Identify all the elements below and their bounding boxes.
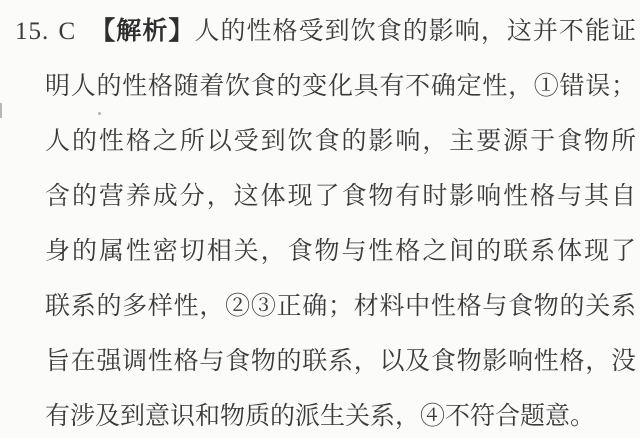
answer-letter: C — [59, 18, 76, 45]
explanation-line-1: 15. C【解析】人的性格受到饮食的影响，这并不能证 — [15, 4, 636, 59]
scan-artifact — [0, 103, 2, 118]
explanation-line-5: 身的属性密切相关，食物与性格之间的联系体现了 — [45, 224, 636, 279]
question-number: 15. — [15, 18, 49, 45]
analysis-marker: 【解析】 — [89, 17, 194, 45]
explanation-line-2: 明人的性格随着饮食的变化具有不确定性，①错误； — [45, 59, 636, 114]
scan-artifact — [98, 112, 101, 115]
answer-key-page: 15. C【解析】人的性格受到饮食的影响，这并不能证 明人的性格随着饮食的变化具… — [0, 0, 640, 438]
explanation-line-7: 旨在强调性格与食物的联系，以及食物影响性格，没 — [45, 334, 636, 389]
explanation-text: 人的性格受到饮食的影响，这并不能证 — [194, 18, 636, 45]
explanation-line-8: 有涉及到意识和物质的派生关系，④不符合题意。 — [45, 389, 636, 438]
explanation-line-3: 人的性格之所以受到饮食的影响，主要源于食物所 — [45, 114, 636, 169]
explanation-line-6: 联系的多样性，②③正确；材料中性格与食物的关系 — [45, 279, 636, 334]
explanation-line-4: 含的营养成分，这体现了食物有时影响性格与其自 — [45, 169, 636, 224]
